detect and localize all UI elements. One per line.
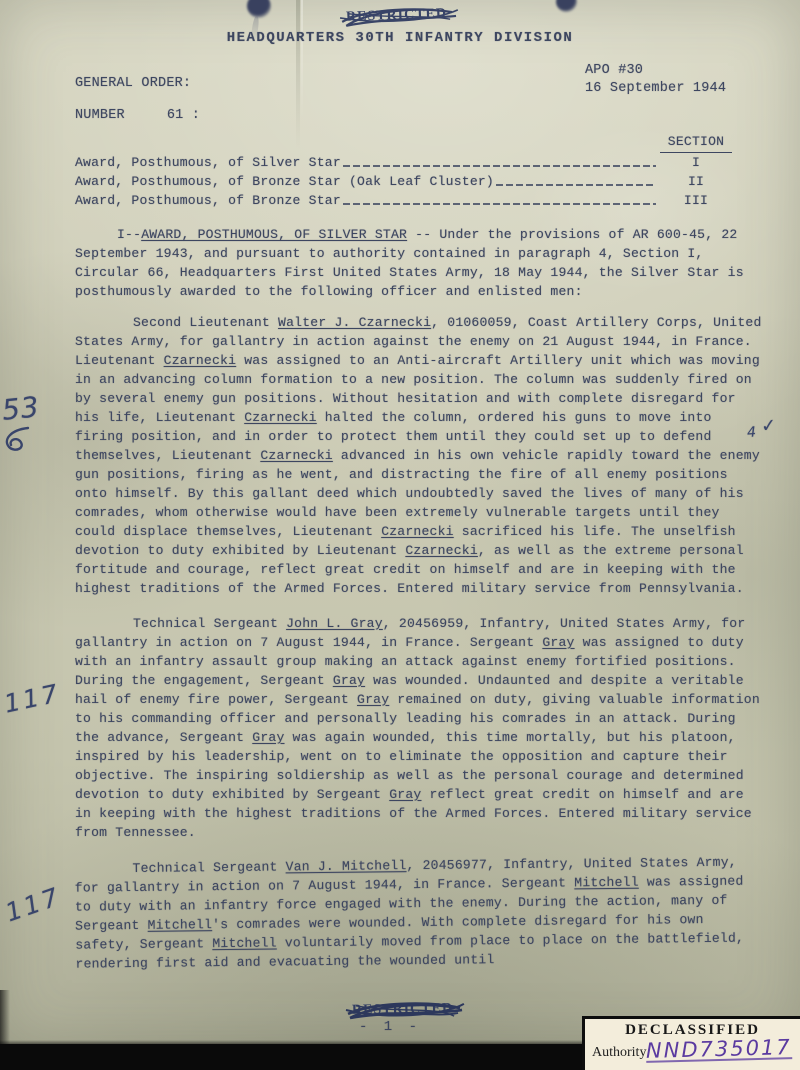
general-order-label: GENERAL ORDER: [75, 76, 191, 91]
apo-date-block: APO #30 16 September 1944 [585, 62, 726, 98]
citation-mitchell: Technical Sergeant Van J. Mitchell, 2045… [74, 852, 765, 973]
number-value: 61 : [167, 108, 200, 123]
document-title: HEADQUARTERS 30TH INFANTRY DIVISION [0, 30, 800, 46]
authority-row: Authority NND735017 [585, 1039, 800, 1061]
dashed-leader [343, 203, 656, 205]
handwritten-annotation-53: 53 [0, 390, 41, 427]
authority-number-handwritten: NND735017 [646, 1037, 792, 1063]
toc-entry-label: Award, Posthumous, of Bronze Star (Oak L… [75, 172, 494, 191]
document-body: SECTION Award, Posthumous, of Silver Sta… [75, 132, 765, 970]
number-label: NUMBER [75, 108, 125, 123]
restricted-stamp-top: RESTRICTED [346, 6, 448, 26]
check-icon: ✓ [760, 415, 777, 437]
handwritten-flourish [0, 424, 34, 456]
dashed-leader [496, 184, 656, 186]
section-i-intro-paragraph: I--AWARD, POSTHUMOUS, OF SILVER STAR -- … [75, 225, 765, 301]
paper-background: RESTRICTED HEADQUARTERS 30TH INFANTRY DI… [0, 0, 800, 1046]
declassified-label: DECLASSIFIED Authority NND735017 [582, 1016, 800, 1070]
toc-row: Award, Posthumous, of Bronze Star (Oak L… [75, 172, 732, 191]
citation-gray: Technical Sergeant John L. Gray, 2045695… [75, 614, 765, 842]
paper-crease-highlight [301, 0, 303, 120]
apo-number: APO #30 [585, 62, 726, 80]
toc-entry-label: Award, Posthumous, of Bronze Star [75, 191, 341, 210]
handwritten-checkmark-annotation: 4 ✓ [746, 419, 776, 442]
staple-mark [247, 0, 271, 18]
table-of-contents: SECTION Award, Posthumous, of Silver Sta… [75, 132, 765, 210]
citation-czarnecki: Second Lieutenant Walter J. Czarnecki, 0… [75, 313, 765, 598]
scanned-document-page: RESTRICTED HEADQUARTERS 30TH INFANTRY DI… [0, 0, 800, 1070]
toc-entry-label: Award, Posthumous, of Silver Star [75, 153, 341, 172]
dashed-leader [343, 165, 656, 167]
handwritten-annotation-117: 117 [2, 882, 65, 928]
restricted-stamp-bottom: RESTRICTED [352, 1001, 453, 1019]
toc-row: Award, Posthumous, of Silver Star I [75, 153, 732, 172]
authority-label: Authority [592, 1045, 646, 1061]
document-date: 16 September 1944 [585, 80, 726, 98]
order-number-line: NUMBER 61 : [75, 108, 200, 123]
toc-row: Award, Posthumous, of Bronze Star III [75, 191, 732, 210]
staple-mark [556, 0, 577, 12]
section-column-header: SECTION [660, 132, 732, 153]
toc-section-numeral: II [660, 172, 732, 191]
toc-header-row: SECTION [75, 132, 732, 153]
scan-left-edge [0, 990, 10, 1050]
paper-crease [296, 0, 300, 150]
toc-section-numeral: I [660, 153, 732, 172]
toc-section-numeral: III [660, 191, 732, 210]
handwritten-number: 4 [747, 424, 757, 441]
handwritten-annotation-117: 117 [2, 678, 64, 718]
